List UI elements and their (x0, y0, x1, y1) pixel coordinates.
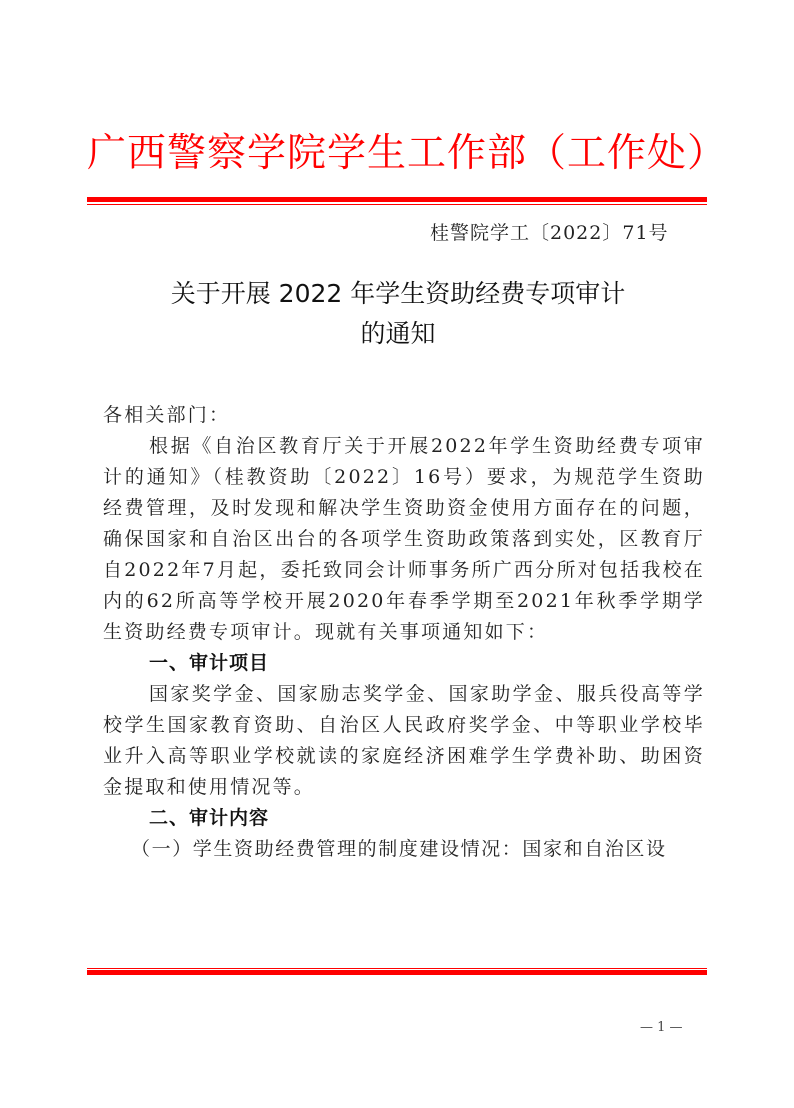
document-title-line2: 的通知 (87, 314, 709, 354)
footer-rule-thick (87, 970, 707, 975)
section-paragraph: （一）学生资助经费管理的制度建设情况：国家和自治区设 (103, 834, 705, 865)
section-paragraph: 国家奖学金、国家励志奖学金、国家助学金、服兵役高等学校学生国家教育资助、自治区人… (103, 679, 705, 803)
masthead-rule-thin (87, 204, 707, 206)
section-heading: 一、审计项目 (103, 648, 705, 679)
footer-rule-thin (87, 968, 707, 970)
document-title: 关于开展 2022 年学生资助经费专项审计 的通知 (87, 274, 709, 354)
document-number: 桂警院学工〔2022〕71号 (400, 219, 730, 247)
masthead-title: 广西警察学院学生工作部（工作处） (87, 128, 709, 180)
page-number: — 1 — (640, 1020, 683, 1035)
document-body: 各相关部门： 根据《自治区教育厅关于开展2022年学生资助经费专项审计的通知》（… (103, 400, 705, 865)
body-paragraph: 根据《自治区教育厅关于开展2022年学生资助经费专项审计的通知》（桂教资助〔20… (103, 431, 705, 648)
section-heading: 二、审计内容 (103, 803, 705, 834)
document-title-line1: 关于开展 2022 年学生资助经费专项审计 (87, 274, 709, 314)
salutation: 各相关部门： (103, 400, 705, 431)
masthead-rule-thick (87, 197, 707, 202)
